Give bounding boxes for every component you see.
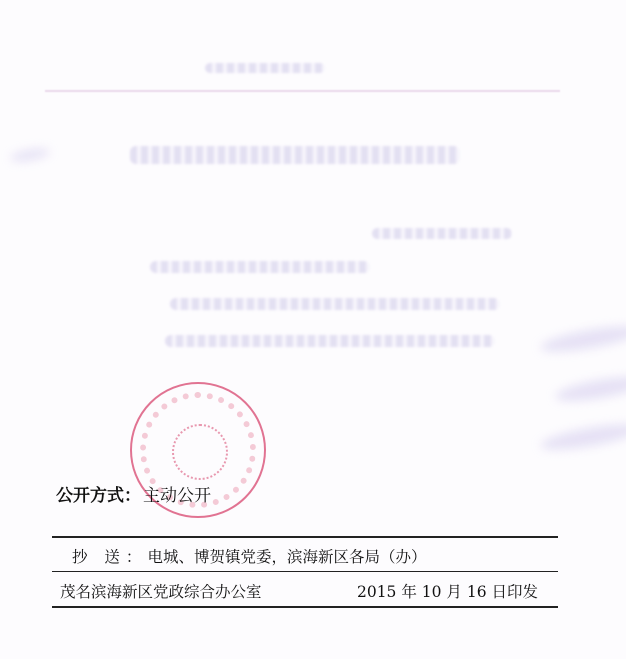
footer-rule-middle (52, 571, 558, 572)
cc-label: 抄 送： (72, 545, 147, 567)
faded-salutation (372, 228, 512, 239)
scan-smudge (539, 419, 626, 454)
footer-rule-bottom (52, 606, 558, 608)
faded-body-line-1 (150, 261, 370, 273)
cc-line: 抄 送： 电城、博贺镇党委，滨海新区各局（办） (72, 545, 426, 567)
issuing-office: 茂名滨海新区党政综合办公室 (60, 580, 262, 602)
scan-smudge (9, 147, 50, 164)
footer-rule-top (52, 536, 558, 538)
cc-recipients: 电城、博贺镇党委，滨海新区各局（办） (147, 545, 426, 567)
issuer-line: 茂名滨海新区党政综合办公室 2015 年 10 月 16 日印发 (60, 580, 538, 602)
issue-date: 2015 年 10 月 16 日印发 (357, 580, 538, 602)
scan-smudge (554, 372, 626, 405)
red-header-divider (45, 90, 560, 92)
disclosure-label: 公开方式： (56, 486, 141, 506)
disclosure-method: 公开方式：主动公开 (56, 481, 211, 506)
faded-document-title (130, 146, 460, 164)
faded-body-line-3 (165, 335, 495, 347)
disclosure-value: 主动公开 (143, 486, 211, 506)
scanned-document-page: 公开方式：主动公开 抄 送： 电城、博贺镇党委，滨海新区各局（办） 茂名滨海新区… (0, 0, 626, 659)
seal-emblem-icon (172, 424, 228, 480)
faded-document-number (205, 63, 325, 73)
scan-smudge (539, 321, 626, 356)
faded-body-line-2 (170, 298, 500, 310)
